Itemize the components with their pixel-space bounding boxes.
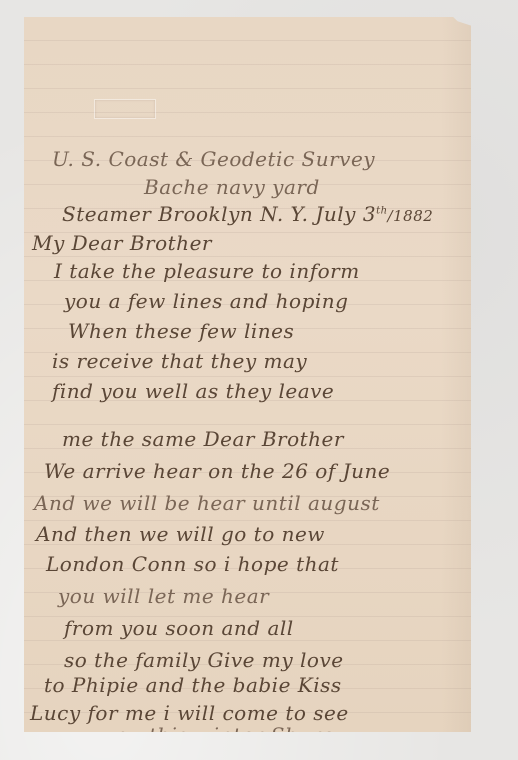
body-line: you will let me hear [58, 584, 269, 608]
date: July 3 [315, 202, 376, 226]
body-line: find you well as they leave [52, 379, 334, 403]
place: Steamer Brooklyn N. Y. [62, 202, 309, 226]
embossed-stamp [94, 99, 156, 119]
body-line: Lucy for me i will come to see [30, 701, 349, 725]
salutation: My Dear Brother [32, 231, 212, 255]
body-line: When these few lines [68, 319, 294, 343]
body-line: so the family Give my love [64, 648, 344, 672]
body-line: And we will be hear until august [34, 491, 380, 515]
letter-page: U. S. Coast & Geodetic Survey Bache navy… [24, 17, 471, 732]
letterhead-line-2: Bache navy yard [144, 175, 320, 199]
body-line: to Phipie and the babie Kiss [44, 673, 342, 697]
body-line: from you soon and all [64, 616, 294, 640]
body-line: I take the pleasure to inform [54, 259, 360, 283]
letterhead-line-3: Steamer Brooklyn N. Y. July 3th/1882 [62, 202, 433, 226]
body-line: you a few lines and hoping [64, 289, 348, 313]
letterhead-line-1: U. S. Coast & Geodetic Survey [52, 147, 375, 171]
year: /1882 [388, 207, 434, 225]
date-suffix: th [376, 205, 387, 216]
body-line: is receive that they may [52, 349, 307, 373]
body-line: And then we will go to new [36, 522, 325, 546]
body-line: me the same Dear Brother [62, 427, 344, 451]
body-line: We arrive hear on the 26 of June [44, 459, 390, 483]
body-line: London Conn so i hope that [46, 552, 339, 576]
